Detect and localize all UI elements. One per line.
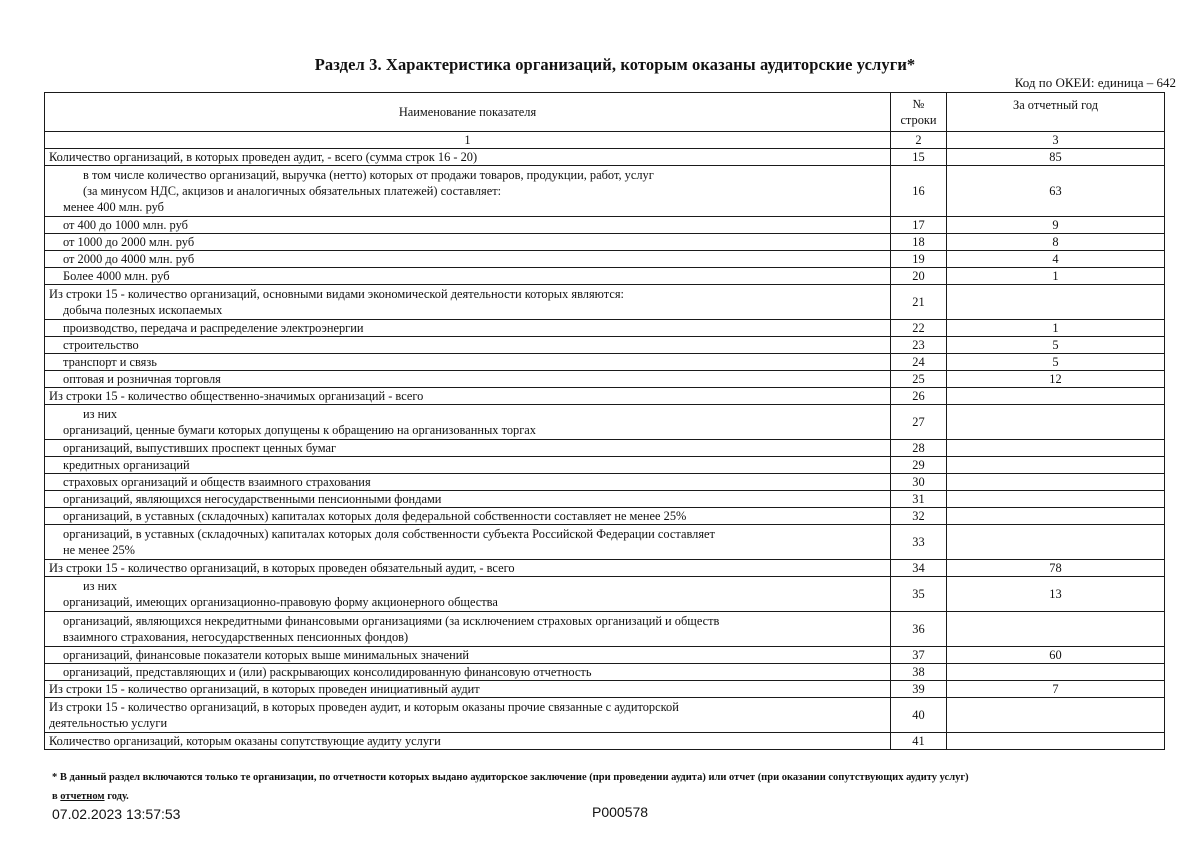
header-indicator-name: Наименование показателя [45,93,891,132]
indicator-text: из них [49,578,886,594]
indicator-text: из них [49,406,886,422]
table-row: Количество организаций, которым оказаны … [45,733,1165,750]
row-number: 27 [891,405,947,440]
table-row: организаций, финансовые показатели котор… [45,647,1165,664]
table-row: Количество организаций, в которых провед… [45,149,1165,166]
reporting-year-value [947,733,1165,750]
table-row: от 400 до 1000 млн. руб179 [45,217,1165,234]
indicator-text: организаций, в уставных (складочных) кап… [49,508,886,524]
indicator-text: организаций, имеющих организационно-прав… [49,594,886,610]
row-number: 32 [891,508,947,525]
table-row: организаций, в уставных (складочных) кап… [45,525,1165,560]
indicator-name: организаций, финансовые показатели котор… [45,647,891,664]
reporting-year-value [947,491,1165,508]
indicator-text: Из строки 15 - количество организаций, в… [49,560,886,576]
indicator-name: организаций, в уставных (складочных) кап… [45,508,891,525]
indicator-name: Из строки 15 - количество организаций, в… [45,698,891,733]
indicator-name: из нихорганизаций, имеющих организационн… [45,577,891,612]
indicator-text: организаций, являющихся некредитными фин… [49,613,886,629]
row-number: 22 [891,320,947,337]
document-code: P000578 [592,804,648,820]
row-number: 26 [891,388,947,405]
index-col-2: 2 [891,132,947,149]
indicator-text: от 1000 до 2000 млн. руб [49,234,886,250]
row-number: 20 [891,268,947,285]
table-row: Более 4000 млн. руб201 [45,268,1165,285]
row-number: 33 [891,525,947,560]
reporting-year-value [947,388,1165,405]
indicator-text: в том числе количество организаций, выру… [49,167,886,183]
indicator-name: в том числе количество организаций, выру… [45,166,891,217]
indicator-text: добыча полезных ископаемых [49,302,886,318]
reporting-year-value: 5 [947,337,1165,354]
table-row: от 2000 до 4000 млн. руб194 [45,251,1165,268]
indicator-text: Количество организаций, в которых провед… [49,149,886,165]
indicator-text: организаций, являющихся негосударственны… [49,491,886,507]
row-number: 23 [891,337,947,354]
indicator-text: Количество организаций, которым оказаны … [49,733,886,749]
footnote-suffix: году. [105,791,129,802]
row-number: 24 [891,354,947,371]
indicator-name: из нихорганизаций, ценные бумаги которых… [45,405,891,440]
indicator-text: оптовая и розничная торговля [49,371,886,387]
table-row: Из строки 15 - количество организаций, в… [45,698,1165,733]
timestamp: 07.02.2023 13:57:53 [52,806,180,822]
row-number: 19 [891,251,947,268]
row-number: 34 [891,560,947,577]
indicator-name: организаций, выпустивших проспект ценных… [45,440,891,457]
row-number: 40 [891,698,947,733]
indicator-name: организаций, являющихся некредитными фин… [45,612,891,647]
table-row: в том числе количество организаций, выру… [45,166,1165,217]
indicator-text: Из строки 15 - количество общественно-зн… [49,388,886,404]
indicator-name: Более 4000 млн. руб [45,268,891,285]
footnote-underlined: отчетном [60,791,104,802]
indicator-name: от 2000 до 4000 млн. руб [45,251,891,268]
indicator-text: организаций, ценные бумаги которых допущ… [49,422,886,438]
table-row: из нихорганизаций, имеющих организационн… [45,577,1165,612]
row-number: 30 [891,474,947,491]
table-row: Из строки 15 - количество общественно-зн… [45,388,1165,405]
indicator-name: организаций, являющихся негосударственны… [45,491,891,508]
indicator-text: взаимного страхования, негосударственных… [49,629,886,645]
indicator-name: страховых организаций и обществ взаимног… [45,474,891,491]
row-number: 25 [891,371,947,388]
header-reporting-year: За отчетный год [947,93,1165,132]
indicator-name: производство, передача и распределение э… [45,320,891,337]
reporting-year-value [947,698,1165,733]
reporting-year-value: 7 [947,681,1165,698]
table-row: организаций, в уставных (складочных) кап… [45,508,1165,525]
row-number: 35 [891,577,947,612]
indicator-text: от 400 до 1000 млн. руб [49,217,886,233]
table-row: организаций, представляющих и (или) раск… [45,664,1165,681]
indicator-text: производство, передача и распределение э… [49,320,886,336]
indicator-text: организаций, представляющих и (или) раск… [49,664,886,680]
table-row: страховых организаций и обществ взаимног… [45,474,1165,491]
indicator-text: Из строки 15 - количество организаций, в… [49,681,886,697]
indicator-name: от 1000 до 2000 млн. руб [45,234,891,251]
reporting-year-value [947,664,1165,681]
indicator-text: транспорт и связь [49,354,886,370]
table-row: транспорт и связь245 [45,354,1165,371]
audit-organizations-table: Наименование показателя № строки За отче… [44,92,1165,750]
indicator-text: Из строки 15 - количество организаций, о… [49,286,886,302]
indicator-text: строительство [49,337,886,353]
row-number: 37 [891,647,947,664]
indicator-text: Из строки 15 - количество организаций, в… [49,699,886,715]
indicator-name: Из строки 15 - количество общественно-зн… [45,388,891,405]
indicator-name: строительство [45,337,891,354]
indicator-name: организаций, представляющих и (или) раск… [45,664,891,681]
reporting-year-value: 1 [947,320,1165,337]
row-number: 38 [891,664,947,681]
table-row: организаций, выпустивших проспект ценных… [45,440,1165,457]
reporting-year-value: 5 [947,354,1165,371]
row-number: 31 [891,491,947,508]
reporting-year-value: 1 [947,268,1165,285]
row-number: 29 [891,457,947,474]
indicator-text: Более 4000 млн. руб [49,268,886,284]
header-row-number-symbol: № [895,96,942,112]
table-index-row: 1 2 3 [45,132,1165,149]
table-row: организаций, являющихся некредитными фин… [45,612,1165,647]
row-number: 18 [891,234,947,251]
indicator-name: Количество организаций, которым оказаны … [45,733,891,750]
indicator-name: от 400 до 1000 млн. руб [45,217,891,234]
header-row-number: № строки [891,93,947,132]
header-row-number-label: строки [895,112,942,128]
indicator-name: Количество организаций, в которых провед… [45,149,891,166]
row-number: 15 [891,149,947,166]
indicator-name: Из строки 15 - количество организаций, о… [45,285,891,320]
section-title: Раздел 3. Характеристика организаций, ко… [0,55,1200,75]
index-col-1: 1 [45,132,891,149]
reporting-year-value [947,474,1165,491]
row-number: 36 [891,612,947,647]
row-number: 39 [891,681,947,698]
table-row: оптовая и розничная торговля2512 [45,371,1165,388]
reporting-year-value: 12 [947,371,1165,388]
row-number: 16 [891,166,947,217]
reporting-year-value [947,285,1165,320]
table-row: кредитных организаций29 [45,457,1165,474]
row-number: 17 [891,217,947,234]
table-row: от 1000 до 2000 млн. руб188 [45,234,1165,251]
table-row: Из строки 15 - количество организаций, в… [45,560,1165,577]
indicator-text: не менее 25% [49,542,886,558]
reporting-year-value: 4 [947,251,1165,268]
indicator-text: кредитных организаций [49,457,886,473]
indicator-name: оптовая и розничная торговля [45,371,891,388]
table-row: Из строки 15 - количество организаций, в… [45,681,1165,698]
indicator-name: Из строки 15 - количество организаций, в… [45,681,891,698]
reporting-year-value [947,405,1165,440]
table-row: строительство235 [45,337,1165,354]
indicator-text: организаций, в уставных (складочных) кап… [49,526,886,542]
table-row: производство, передача и распределение э… [45,320,1165,337]
footnote: * В данный раздел включаются только те о… [52,768,969,806]
table-header-row: Наименование показателя № строки За отче… [45,93,1165,132]
row-number: 21 [891,285,947,320]
reporting-year-value: 85 [947,149,1165,166]
indicator-name: кредитных организаций [45,457,891,474]
reporting-year-value [947,508,1165,525]
reporting-year-value: 78 [947,560,1165,577]
indicator-text: от 2000 до 4000 млн. руб [49,251,886,267]
indicator-text: страховых организаций и обществ взаимног… [49,474,886,490]
table-row: Из строки 15 - количество организаций, о… [45,285,1165,320]
okei-code: Код по ОКЕИ: единица – 642 [1015,75,1176,91]
indicator-text: (за минусом НДС, акцизов и аналогичных о… [49,183,886,199]
table-row: организаций, являющихся негосударственны… [45,491,1165,508]
indicator-text: деятельностью услуги [49,715,886,731]
table-row: из нихорганизаций, ценные бумаги которых… [45,405,1165,440]
indicator-text: организаций, финансовые показатели котор… [49,647,886,663]
row-number: 41 [891,733,947,750]
footnote-line-1: * В данный раздел включаются только те о… [52,768,969,787]
indicator-name: организаций, в уставных (складочных) кап… [45,525,891,560]
reporting-year-value [947,612,1165,647]
reporting-year-value: 8 [947,234,1165,251]
reporting-year-value [947,440,1165,457]
reporting-year-value [947,525,1165,560]
index-col-3: 3 [947,132,1165,149]
reporting-year-value: 9 [947,217,1165,234]
reporting-year-value: 63 [947,166,1165,217]
row-number: 28 [891,440,947,457]
indicator-text: организаций, выпустивших проспект ценных… [49,440,886,456]
reporting-year-value: 60 [947,647,1165,664]
indicator-text: менее 400 млн. руб [49,199,886,215]
reporting-year-value [947,457,1165,474]
reporting-year-value: 13 [947,577,1165,612]
footnote-line-2: в отчетном году. [52,787,969,806]
indicator-name: транспорт и связь [45,354,891,371]
indicator-name: Из строки 15 - количество организаций, в… [45,560,891,577]
